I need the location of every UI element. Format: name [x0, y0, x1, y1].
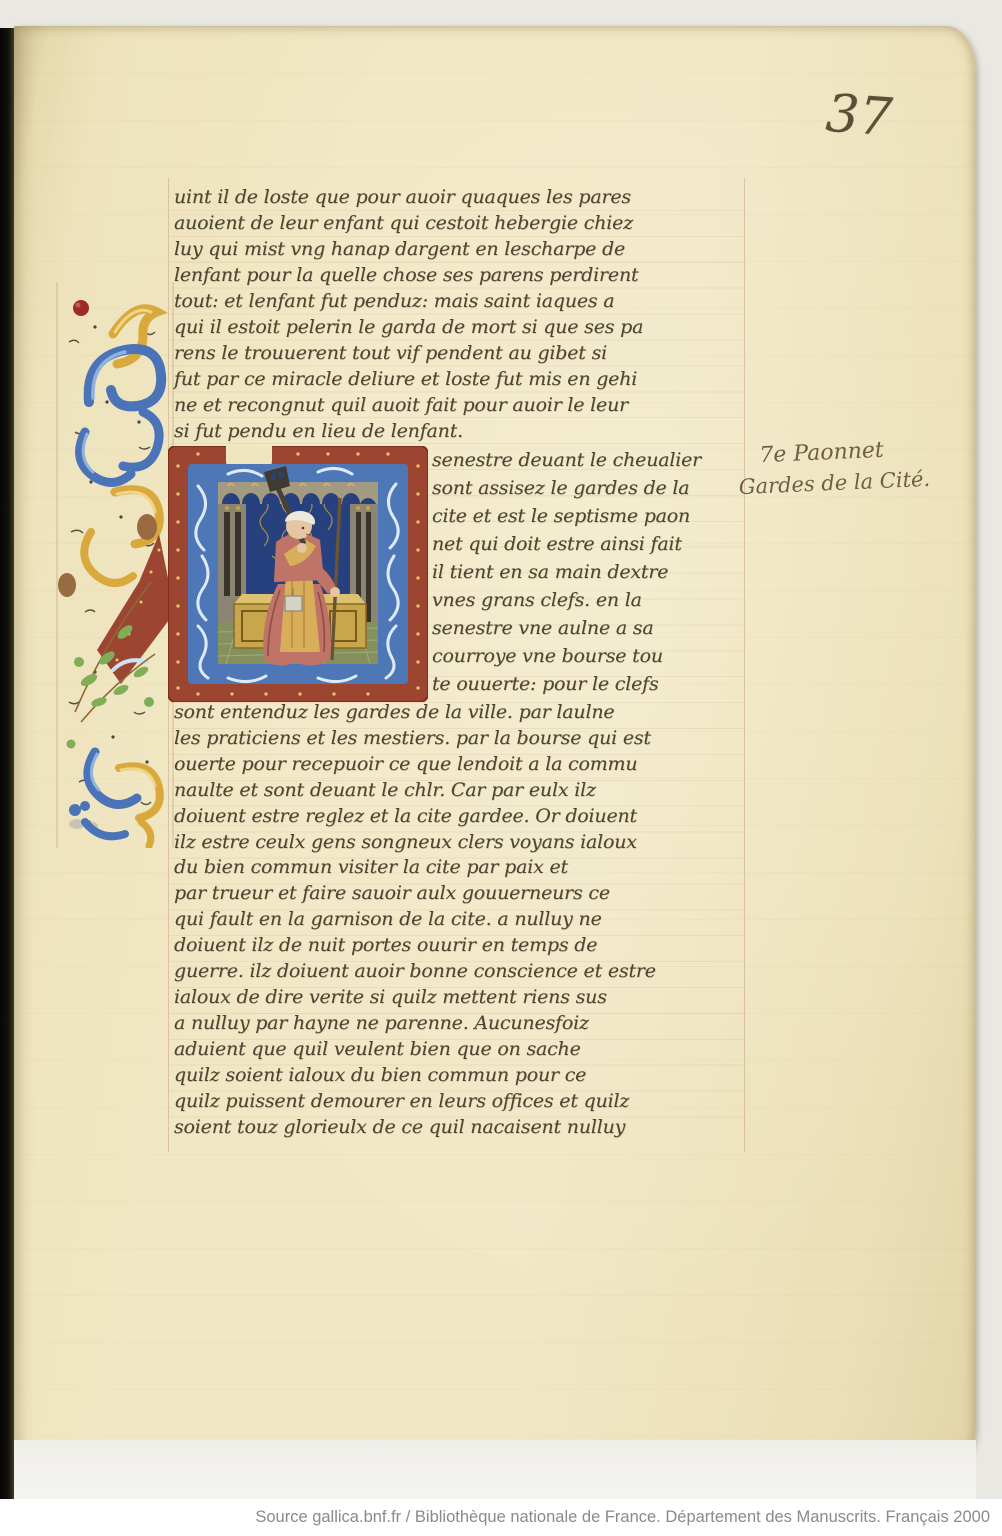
text-line: cite et est le septisme paon	[432, 502, 742, 530]
text-line: par trueur et faire sauoir aulx gouuerne…	[174, 881, 742, 907]
text-line: te ouuerte: pour le clefs	[432, 670, 742, 698]
text-line: guerre. ilz doiuent auoir bonne conscien…	[174, 959, 742, 985]
binding-edge	[0, 28, 15, 1502]
text-line: senestre deuant le cheualier	[432, 446, 742, 474]
floral-border-decoration	[55, 282, 175, 848]
text-line: il tient en sa main dextre	[432, 558, 742, 586]
main-text-paragraph-2: sont entenduz les gardes de la ville. pa…	[174, 700, 742, 1140]
text-line: lenfant pour la quelle chose ses parens …	[174, 262, 742, 288]
main-text-paragraph-1: uint il de loste que pour auoir quaques …	[174, 184, 742, 444]
text-line: quilz soient ialoux du bien commun pour …	[174, 1063, 742, 1089]
folio-number: 37	[824, 84, 894, 148]
text-line: fut par ce miracle deliure et loste fut …	[174, 366, 742, 392]
text-line: les praticiens et les mestiers. par la b…	[174, 726, 742, 752]
text-line: luy qui mist vng hanap dargent en lescha…	[174, 236, 742, 262]
floral-border-art	[55, 282, 175, 848]
ruling-line-right	[744, 178, 745, 1152]
page-bottom-shadow	[14, 1440, 976, 1500]
source-attribution: Source gallica.bnf.fr / Bibliothèque nat…	[255, 1508, 1002, 1527]
text-line: du bien commun visiter la cite par paix …	[174, 855, 742, 881]
text-line: ialoux de dire verite si quilz mettent r…	[174, 985, 742, 1011]
text-line: tout: et lenfant fut penduz: mais saint …	[174, 288, 742, 314]
text-line: aduient que quil veulent bien que on sac…	[174, 1037, 742, 1063]
text-line: ne et recongnut quil auoit fait pour auo…	[174, 392, 742, 418]
text-line: uint il de loste que pour auoir quaques …	[174, 184, 742, 210]
text-line: sont assisez le gardes de la	[432, 474, 742, 502]
text-line: net qui doit estre ainsi fait	[432, 530, 742, 558]
marginal-note: 7e Paonnet Gardes de la Cité.	[737, 436, 931, 499]
text-line: courroye vne bourse tou	[432, 642, 742, 670]
text-line: quilz puissent demourer en leurs offices…	[174, 1089, 742, 1115]
text-line: vnes grans clefs. en la	[432, 586, 742, 614]
text-line: doiuent estre reglez et la cite gardee. …	[174, 804, 742, 830]
text-line: auoient de leur enfant qui cestoit heber…	[174, 210, 742, 236]
text-line: qui fault en la garnison de la cite. a n…	[174, 907, 742, 933]
footer-bar: Source gallica.bnf.fr / Bibliothèque nat…	[0, 1499, 1002, 1536]
text-line: a nulluy par hayne ne parenne. Aucunesfo…	[174, 1011, 742, 1037]
text-line: si fut pendu en lieu de lenfant.	[174, 418, 742, 444]
illuminated-initial-miniature	[168, 446, 428, 702]
text-line: sont entenduz les gardes de la ville. pa…	[174, 700, 742, 726]
miniature-art	[168, 446, 428, 702]
text-line: soient touz glorieulx de ce quil nacaise…	[174, 1115, 742, 1141]
text-line: ouerte pour recepuoir ce que lendoit a l…	[174, 752, 742, 778]
text-line: ilz estre ceulx gens songneux clers voya…	[174, 830, 742, 856]
text-line: naulte et sont deuant le chlr. Car par e…	[174, 778, 742, 804]
text-line: doiuent ilz de nuit portes ouurir en tem…	[174, 933, 742, 959]
text-line: senestre vne aulne a sa	[432, 614, 742, 642]
text-line: qui il estoit pelerin le garda de mort s…	[174, 314, 742, 340]
main-text-beside-miniature: senestre deuant le cheualier sont assise…	[432, 446, 742, 698]
text-line: rens le trouuerent tout vif pendent au g…	[174, 340, 742, 366]
